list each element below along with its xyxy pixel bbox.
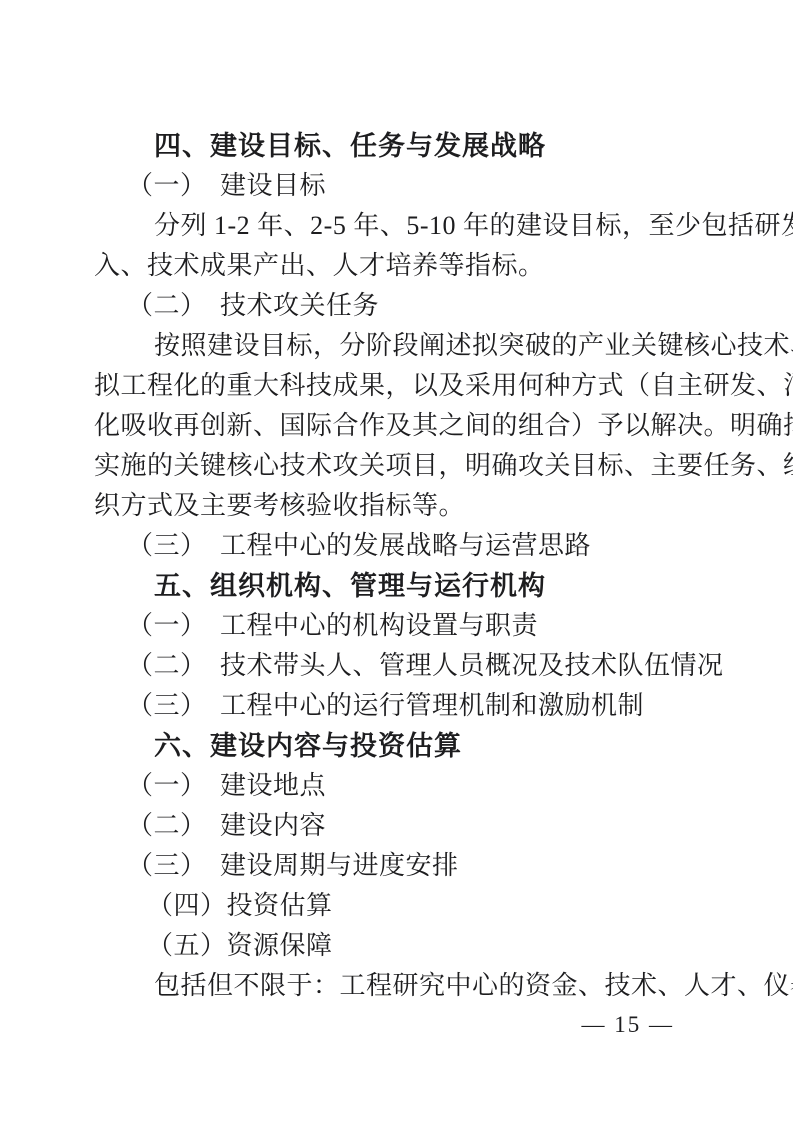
page-number: — 15 — — [582, 1012, 675, 1038]
subsection-item-6-1: （一） 建设地点 — [94, 766, 700, 806]
subsection-item-5-1: （一） 工程中心的机构设置与职责 — [94, 606, 700, 646]
section-heading-6: 六、建设内容与投资估算 — [94, 726, 700, 766]
subsection-item-4-1: （一） 建设目标 — [94, 166, 700, 206]
paragraph-line: 拟工程化的重大科技成果，以及采用何种方式（自主研发、消 — [94, 366, 700, 406]
paragraph-line: 实施的关键核心技术攻关项目，明确攻关目标、主要任务、组 — [94, 446, 700, 486]
paragraph-line: 分列 1-2 年、2-5 年、5-10 年的建设目标，至少包括研发投 — [94, 206, 700, 246]
section-heading-4: 四、建设目标、任务与发展战略 — [94, 126, 700, 166]
section-heading-5: 五、组织机构、管理与运行机构 — [94, 566, 700, 606]
subsection-item-4-2: （二） 技术攻关任务 — [94, 286, 700, 326]
subsection-item-5-3: （三） 工程中心的运行管理机制和激励机制 — [94, 686, 700, 726]
subsection-item-6-4: （四）投资估算 — [94, 886, 700, 926]
paragraph-line: 包括但不限于：工程研究中心的资金、技术、人才、仪器 — [94, 966, 700, 1006]
paragraph-line: 入、技术成果产出、人才培养等指标。 — [94, 246, 700, 286]
subsection-item-6-2: （二） 建设内容 — [94, 806, 700, 846]
document-content: 四、建设目标、任务与发展战略 （一） 建设目标 分列 1-2 年、2-5 年、5… — [0, 0, 793, 1006]
paragraph-line: 织方式及主要考核验收指标等。 — [94, 486, 700, 526]
paragraph-line: 按照建设目标，分阶段阐述拟突破的产业关键核心技术、 — [94, 326, 700, 366]
subsection-item-5-2: （二） 技术带头人、管理人员概况及技术队伍情况 — [94, 646, 700, 686]
subsection-item-4-3: （三） 工程中心的发展战略与运营思路 — [94, 526, 700, 566]
subsection-item-6-3: （三） 建设周期与进度安排 — [94, 846, 700, 886]
subsection-item-6-5: （五）资源保障 — [94, 926, 700, 966]
paragraph-line: 化吸收再创新、国际合作及其之间的组合）予以解决。明确拟 — [94, 406, 700, 446]
document-page: 四、建设目标、任务与发展战略 （一） 建设目标 分列 1-2 年、2-5 年、5… — [0, 0, 793, 1122]
